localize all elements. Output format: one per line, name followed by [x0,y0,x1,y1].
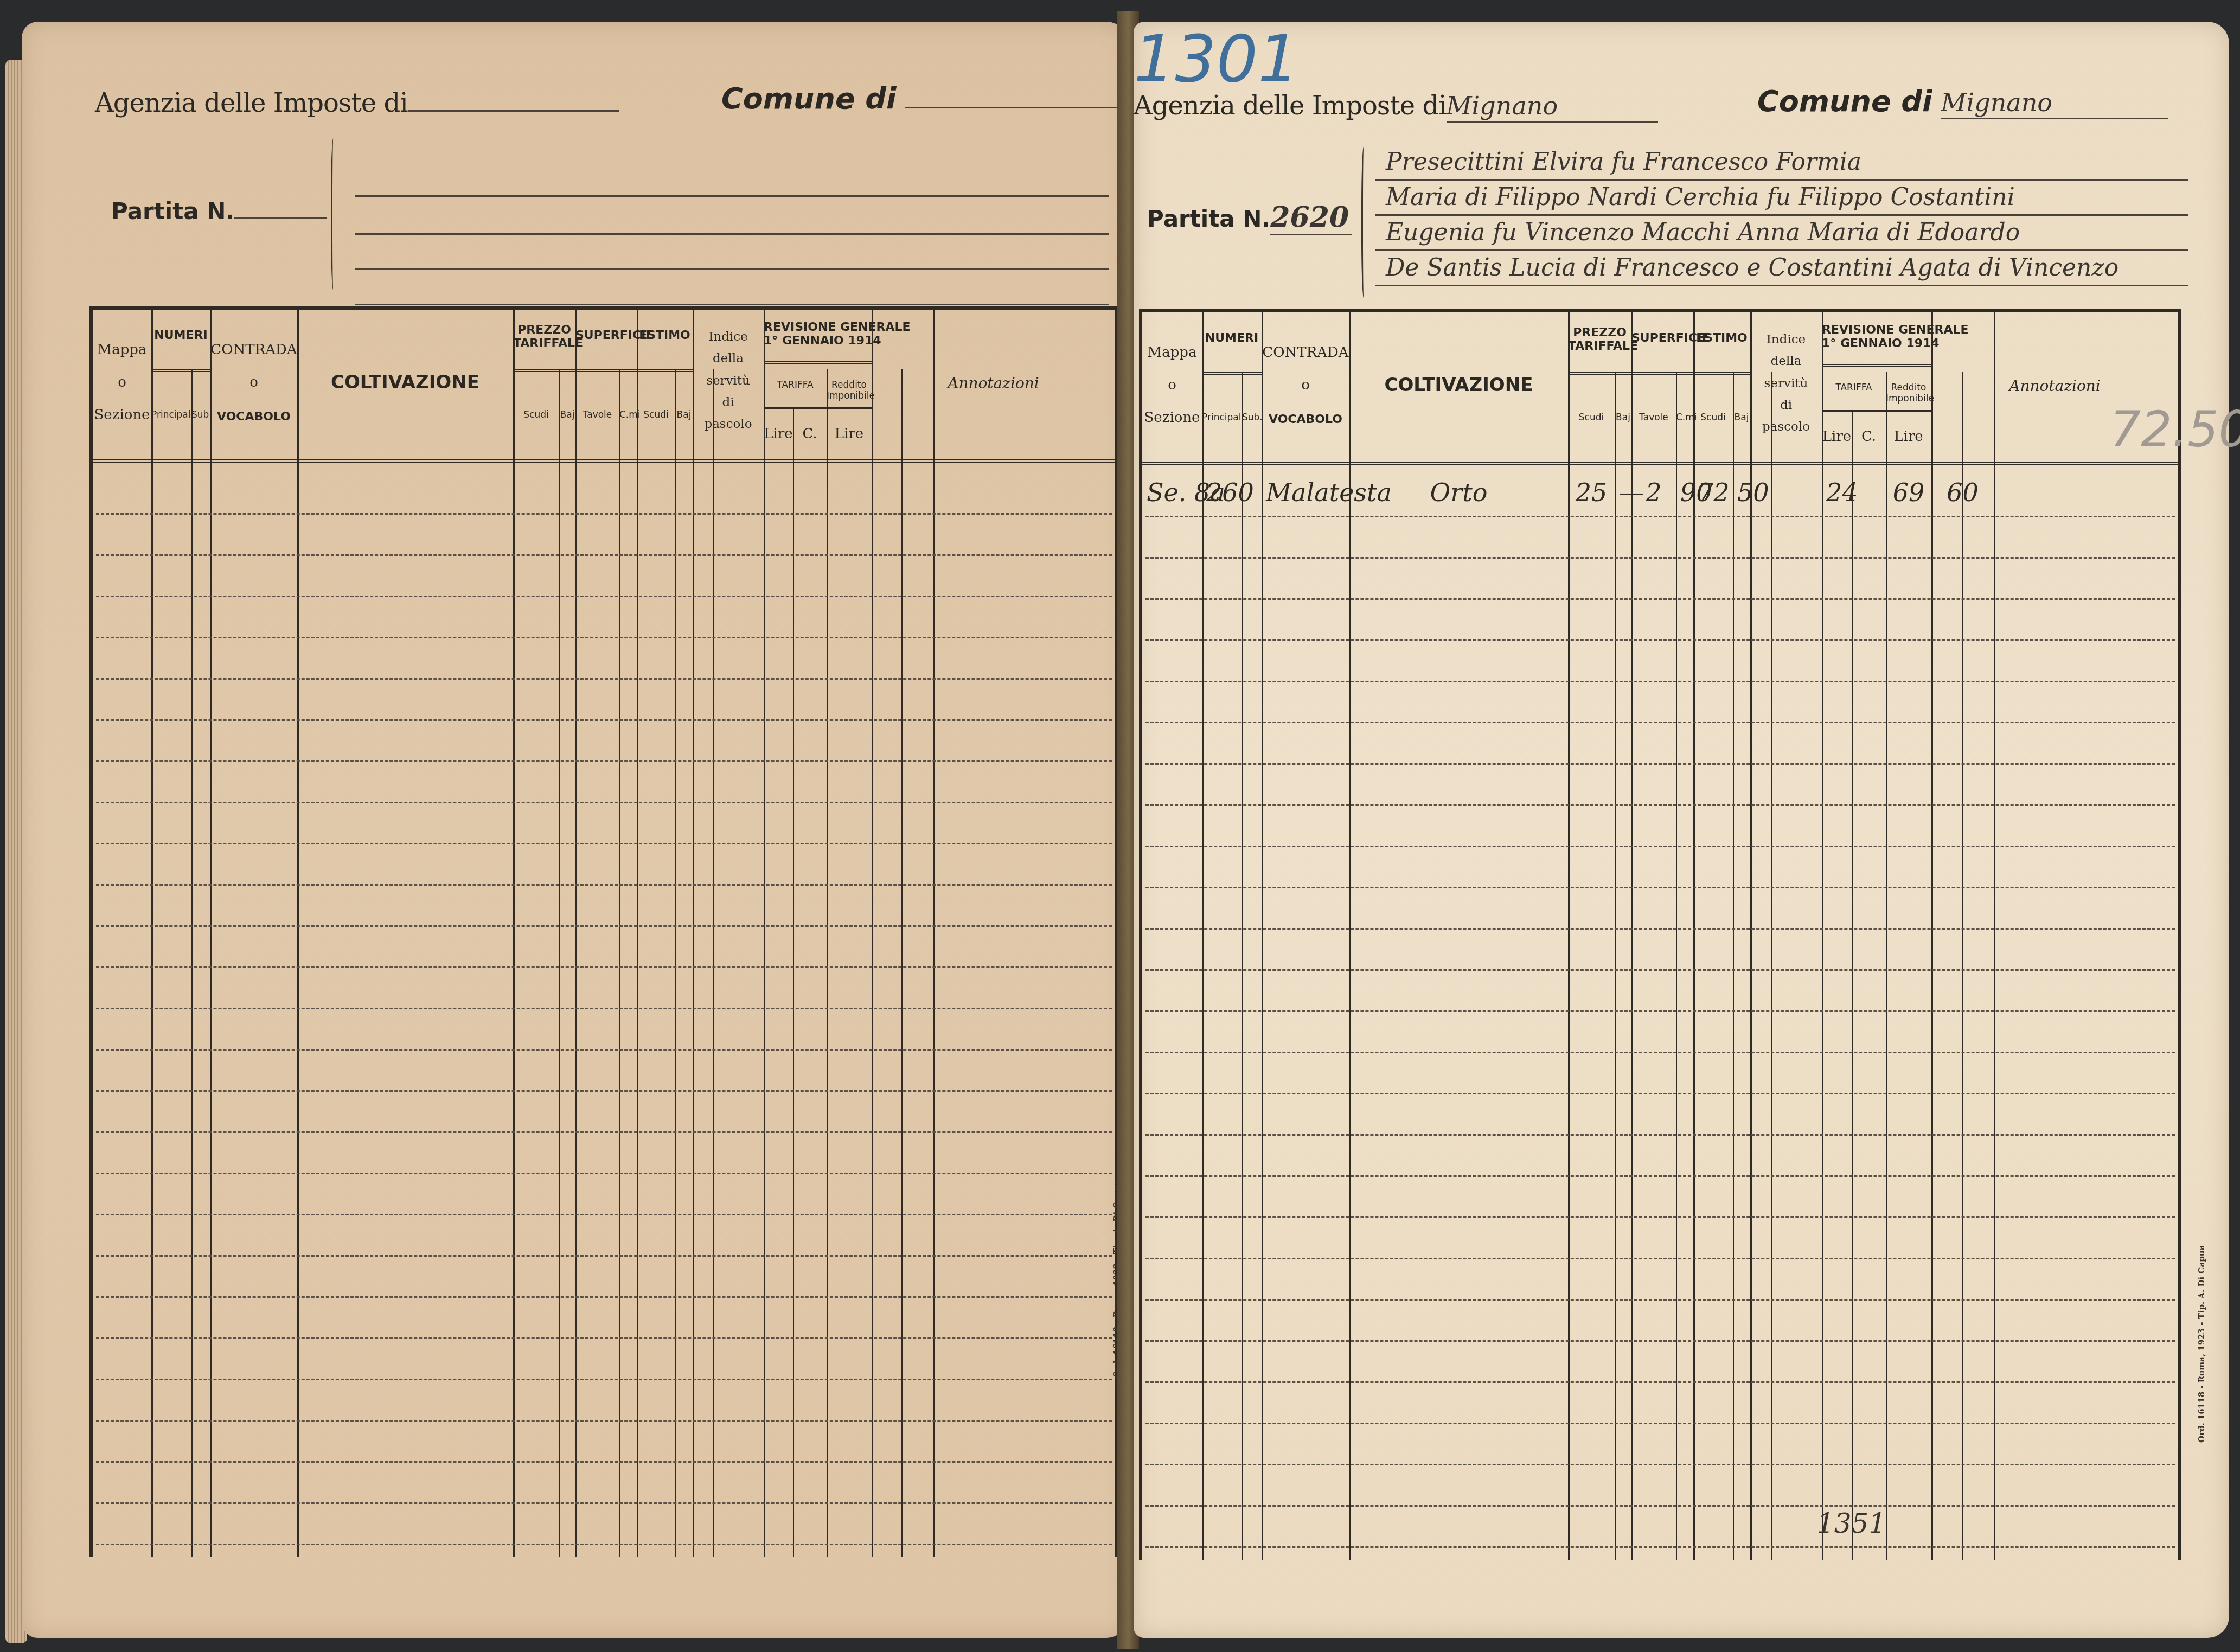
subheader-divider [1822,410,1931,412]
table-row[interactable] [1145,516,2175,517]
partita-header: Partita N.2620 [1147,201,1352,235]
header-sub: Sub. [1242,413,1262,424]
header-superficie: SUPERFICIE [575,329,637,342]
agenzia-label: Agenzia delle Imposte di [1134,91,1447,121]
subheader-divider [513,369,575,372]
subheader-divider [151,369,210,372]
header-sezione: Sezione [93,407,151,424]
table-row[interactable] [1145,969,2175,971]
cell-mappa[interactable]: Se. 8a [1147,478,1198,507]
header-c: C. [1852,429,1886,445]
header-c: C. [793,426,827,443]
header-contrada: CONTRADA [1262,345,1349,361]
column-divider [513,310,515,1557]
right-page: 1301 Agenzia delle Imposte diMignano Com… [1134,22,2229,1638]
header-mappa-o: o [93,375,151,391]
header-baj: Baj [1733,413,1750,424]
comune-label: Comune di [721,81,896,116]
subheader-divider [575,369,637,372]
column-divider [1568,312,1570,1560]
cell-reddito-c[interactable]: 60 [1936,478,1989,507]
table-row[interactable] [96,513,1112,515]
subheader-divider [1822,364,1931,367]
cell-prezzo-scudi[interactable]: 25 [1572,478,1610,507]
cell-estimo-scudi[interactable]: 72 [1698,478,1729,507]
table-row[interactable] [1145,928,2175,930]
header-principali: Principali [1202,413,1242,424]
column-divider [933,310,935,1557]
table-row[interactable] [96,1255,1112,1257]
brace [331,138,337,290]
header-reddito-imponibile: Reddito Imponibile [827,380,872,401]
partita-field[interactable]: 2620 [1270,201,1352,235]
printer-imprint: Ord. 16118 - Roma, 1923 - Tip. A. Di Cap… [2197,1245,2206,1443]
header-estimo: ESTIMO [1693,331,1750,345]
table-row[interactable] [1145,887,2175,888]
header-tavole: Tavole [1631,413,1676,424]
header-numeri: NUMERI [1202,331,1262,345]
comune-header: Comune di [721,81,1132,116]
table-row[interactable] [96,1502,1112,1504]
owner-line[interactable] [355,195,1109,197]
header-annotazioni: Annotazioni [1931,377,2178,395]
column-divider [210,310,212,1557]
cell-tariffa-lire[interactable]: 24 [1826,478,1847,507]
table-row[interactable] [96,637,1112,638]
table-row[interactable] [96,1214,1112,1215]
pencil-annotation: 72.50 [2110,401,2240,458]
column-divider [1994,312,1995,1560]
table-row[interactable] [1145,1010,2175,1012]
header-vocabolo: VOCABOLO [1262,413,1349,426]
left-page: Agenzia delle Imposte di Comune di Parti… [22,22,1128,1638]
table-row[interactable] [1145,1052,2175,1053]
header-cmi: C.mi [1676,413,1693,424]
owner-line[interactable]: De Santis Lucia di Francesco e Costantin… [1375,285,2188,286]
header-baj: Baj [559,410,575,421]
brace [1361,146,1367,298]
table-row[interactable] [1145,681,2175,682]
table-row[interactable] [96,678,1112,680]
column-divider [1931,312,1933,1560]
header-estimo: ESTIMO [637,329,693,342]
header-lire: Lire [1886,429,1931,445]
table-row[interactable] [1145,1093,2175,1094]
header-coltivazione: COLTIVAZIONE [297,372,513,393]
table-row[interactable] [96,1049,1112,1051]
comune-field[interactable] [905,107,1132,108]
header-lire: Lire [1822,429,1852,445]
catasto-table-right: MappaoSezioneNUMERIPrincipaliSub.CONTRAD… [1139,309,2181,1560]
cell-superficie-cmi[interactable]: 90 [1680,478,1689,507]
header-prezzo-tariffale: PREZZO TARIFFALE [1568,326,1631,354]
cell-principali[interactable]: 260 [1206,478,1238,507]
header-lire: Lire [827,426,872,443]
agenzia-header: Agenzia delle Imposte di [95,87,619,118]
table-row[interactable] [1145,804,2175,806]
header-divider [93,459,1115,463]
agenzia-header: Agenzia delle Imposte diMignano [1134,89,1658,123]
table-row[interactable] [96,1008,1112,1009]
subheader-divider [764,361,872,364]
table-row[interactable] [1145,1299,2175,1301]
header-mappa: Mappa [1142,345,1202,361]
header-revisione-generale: REVISIONE GENERALE 1° GENNAIO 1914 [1822,323,1931,351]
partita-header: Partita N. [111,198,327,225]
column-divider [297,310,299,1557]
table-row[interactable] [1145,598,2175,600]
table-row[interactable] [1145,1381,2175,1383]
column-divider [1262,312,1263,1560]
header-scudi: Scudi [1568,413,1615,424]
column-divider [1852,410,1853,1560]
header-cmi: C.mi [619,410,637,421]
table-row[interactable] [1145,1134,2175,1136]
header-scudi: Scudi [637,410,675,421]
subheader-divider [1693,372,1750,375]
subheader-divider [764,407,872,409]
table-row[interactable] [96,1461,1112,1463]
table-row[interactable] [96,1131,1112,1133]
header-indice-servitu: Indice della servitù di pascolo [1750,329,1822,438]
page-footer-mark: 1351 [1817,1508,1886,1539]
agenzia-field[interactable]: Mignano [1447,89,1658,123]
table-row[interactable] [1145,1546,2175,1548]
header-coltivazione: COLTIVAZIONE [1349,375,1568,396]
header-divider [1142,462,2178,465]
table-row[interactable] [96,554,1112,556]
header-baj: Baj [675,410,693,421]
cell-contrada[interactable]: Malatesta [1266,478,1345,507]
subheader-divider [1202,372,1262,375]
header-contrada-o: o [1262,377,1349,394]
cell-coltivazione[interactable]: Orto [1354,478,1564,507]
owner-lines: Presecittini Elvira fu Francesco Formia … [1375,130,2188,304]
owner-line[interactable] [355,304,1109,305]
agenzia-field[interactable] [408,110,619,112]
table-row[interactable] [96,1379,1112,1380]
header-mappa-o: o [1142,377,1202,394]
column-divider [693,310,694,1557]
header-indice-servitu: Indice della servitù di pascolo [693,326,764,435]
comune-field[interactable]: Mignano [1941,86,2168,119]
partita-field[interactable] [234,217,327,219]
header-tariffa: TARIFFA [1822,383,1886,394]
table-row[interactable] [96,760,1112,762]
header-revisione-generale: REVISIONE GENERALE 1° GENNAIO 1914 [764,321,872,348]
header-sub: Sub. [191,410,210,421]
cell-estimo-baj[interactable]: 50 [1737,478,1746,507]
table-row[interactable] [96,1296,1112,1298]
column-divider [764,310,765,1557]
table-row[interactable] [96,719,1112,721]
header-sezione: Sezione [1142,410,1202,426]
owner-line[interactable] [355,233,1109,235]
table-row[interactable] [1145,1175,2175,1177]
subheader-divider [1568,372,1631,375]
subheader-divider [1631,372,1693,375]
header-contrada-o: o [210,375,297,391]
header-vocabolo: VOCABOLO [210,410,297,424]
table-row[interactable] [1145,1258,2175,1259]
partita-label: Partita N. [1147,206,1270,232]
column-divider [793,407,794,1557]
header-lire: Lire [764,426,793,443]
catasto-table-left: MappaoSezioneNUMERIPrincipaliSub.CONTRAD… [89,306,1118,1557]
table-row[interactable] [96,802,1112,803]
column-divider [1822,312,1823,1560]
table-row[interactable] [1145,1505,2175,1507]
header-principali: Principali [151,410,191,421]
owner-line[interactable]: Eugenia fu Vincenzo Macchi Anna Maria di… [1375,249,2188,251]
header-annotazioni: Annotazioni [872,375,1115,392]
owner-line[interactable]: Maria di Filippo Nardi Cerchia fu Filipp… [1375,214,2188,216]
comune-header: Comune di Mignano [1757,84,2168,119]
header-baj: Baj [1615,413,1631,424]
table-row[interactable] [96,1420,1112,1422]
table-row[interactable] [1145,1340,2175,1342]
column-divider [151,310,153,1557]
table-row[interactable] [1145,846,2175,847]
header-contrada: CONTRADA [210,342,297,358]
owner-lines [355,130,1109,304]
table-row[interactable] [1145,639,2175,641]
table-row[interactable] [96,1544,1112,1545]
table-row[interactable] [96,843,1112,844]
table-row[interactable] [1145,1423,2175,1424]
header-mappa: Mappa [93,342,151,358]
table-row[interactable] [96,925,1112,927]
table-row[interactable] [1145,1464,2175,1465]
subheader-divider [637,369,693,372]
header-prezzo-tariffale: PREZZO TARIFFALE [513,323,575,351]
table-row[interactable] [1145,722,2175,723]
owner-line[interactable] [355,268,1109,270]
cell-superficie-tavole[interactable]: 2 [1636,478,1672,507]
column-divider [637,310,638,1557]
comune-label: Comune di [1757,84,1932,118]
header-scudi: Scudi [513,410,559,421]
table-row[interactable] [1145,763,2175,765]
header-tariffa: TARIFFA [764,380,827,391]
owner-line[interactable]: Presecittini Elvira fu Francesco Formia [1375,179,2188,181]
table-row[interactable] [1145,1216,2175,1218]
table-row[interactable] [96,966,1112,968]
header-numeri: NUMERI [151,329,210,342]
cell-reddito-lire[interactable]: 69 [1890,478,1927,507]
header-tavole: Tavole [575,410,619,421]
table-row[interactable] [96,884,1112,886]
table-row[interactable] [96,596,1112,597]
column-divider [575,310,577,1557]
header-reddito-imponibile: Reddito Imponibile [1886,383,1931,404]
table-row[interactable] [1145,557,2175,559]
partita-label: Partita N. [111,198,234,225]
table-row[interactable] [96,1090,1112,1092]
agenzia-label: Agenzia delle Imposte di [95,88,408,118]
header-scudi: Scudi [1693,413,1733,424]
cell-prezzo-baj[interactable]: — [1619,478,1627,507]
table-row[interactable] [96,1337,1112,1339]
header-superficie: SUPERFICIE [1631,331,1693,345]
table-row[interactable] [96,1173,1112,1174]
column-divider [872,310,873,1557]
